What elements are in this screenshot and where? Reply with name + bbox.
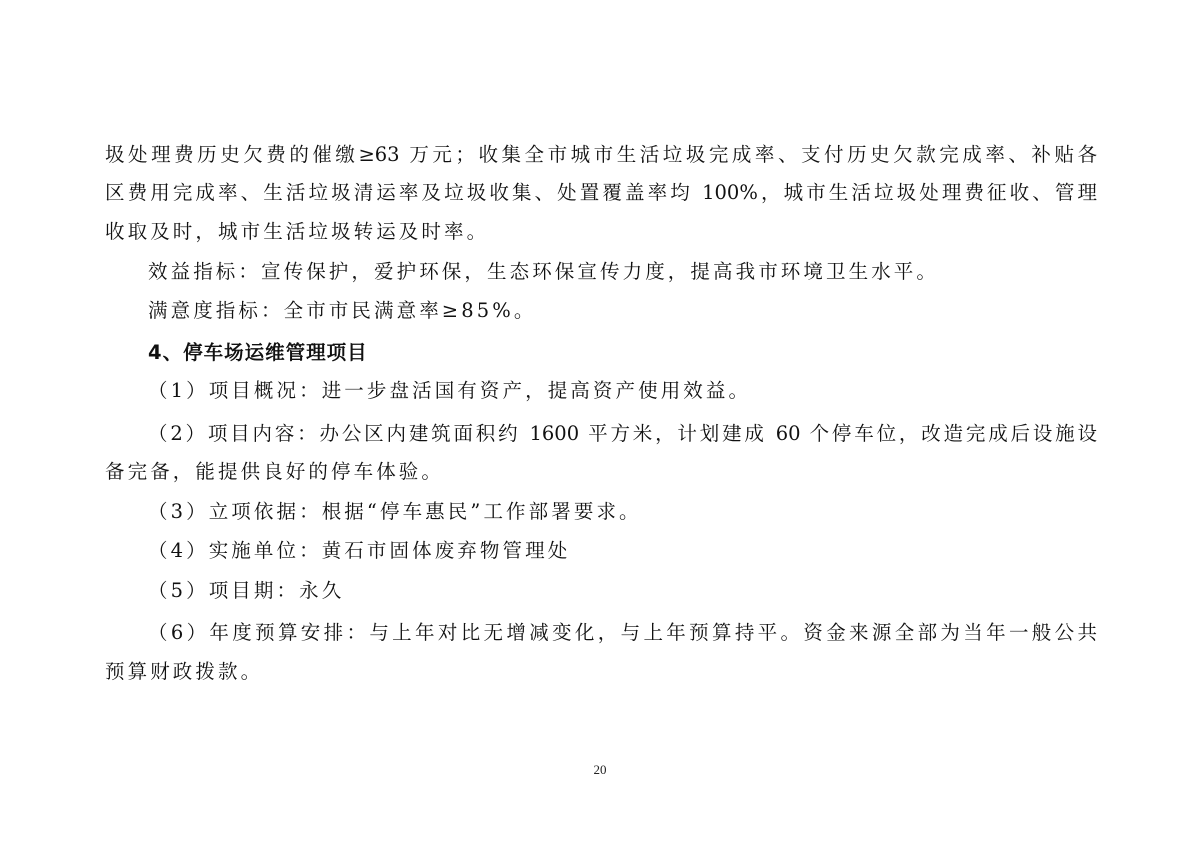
page-number: 20	[0, 762, 1200, 778]
benefit-indicator-line: 效益指标：宣传保护，爱护环保，生态环保宣传力度，提高我市环境卫生水平。	[148, 259, 1097, 285]
item-basis: （3）立项依据：根据“停车惠民”工作部署要求。	[148, 499, 1097, 525]
paragraph-line: 圾处理费历史欠费的催缴≥63 万元；收集全市城市生活垃圾完成率、支付历史欠款完成…	[105, 142, 1097, 168]
item-content-continued: 备完备，能提供良好的停车体验。	[105, 459, 1097, 485]
item-budget: （6）年度预算安排：与上年对比无增减变化，与上年预算持平。资金来源全部为当年一般…	[148, 620, 1097, 646]
item-unit: （4）实施单位：黄石市固体废弃物管理处	[148, 538, 1097, 564]
section-heading: 4、停车场运维管理项目	[148, 340, 1097, 366]
item-content: （2）项目内容：办公区内建筑面积约 1600 平方米，计划建成 60 个停车位，…	[148, 421, 1097, 447]
paragraph-line: 区费用完成率、生活垃圾清运率及垃圾收集、处置覆盖率均 100%，城市生活垃圾处理…	[105, 180, 1097, 206]
item-period: （5）项目期：永久	[148, 578, 1097, 604]
paragraph-line: 收取及时，城市生活垃圾转运及时率。	[105, 219, 1097, 245]
item-overview: （1）项目概况：进一步盘活国有资产，提高资产使用效益。	[148, 378, 1097, 404]
item-budget-continued: 预算财政拨款。	[105, 659, 1097, 685]
satisfaction-indicator-line: 满意度指标：全市市民满意率≥85%。	[148, 298, 1097, 324]
document-page: 圾处理费历史欠费的催缴≥63 万元；收集全市城市生活垃圾完成率、支付历史欠款完成…	[0, 0, 1200, 848]
